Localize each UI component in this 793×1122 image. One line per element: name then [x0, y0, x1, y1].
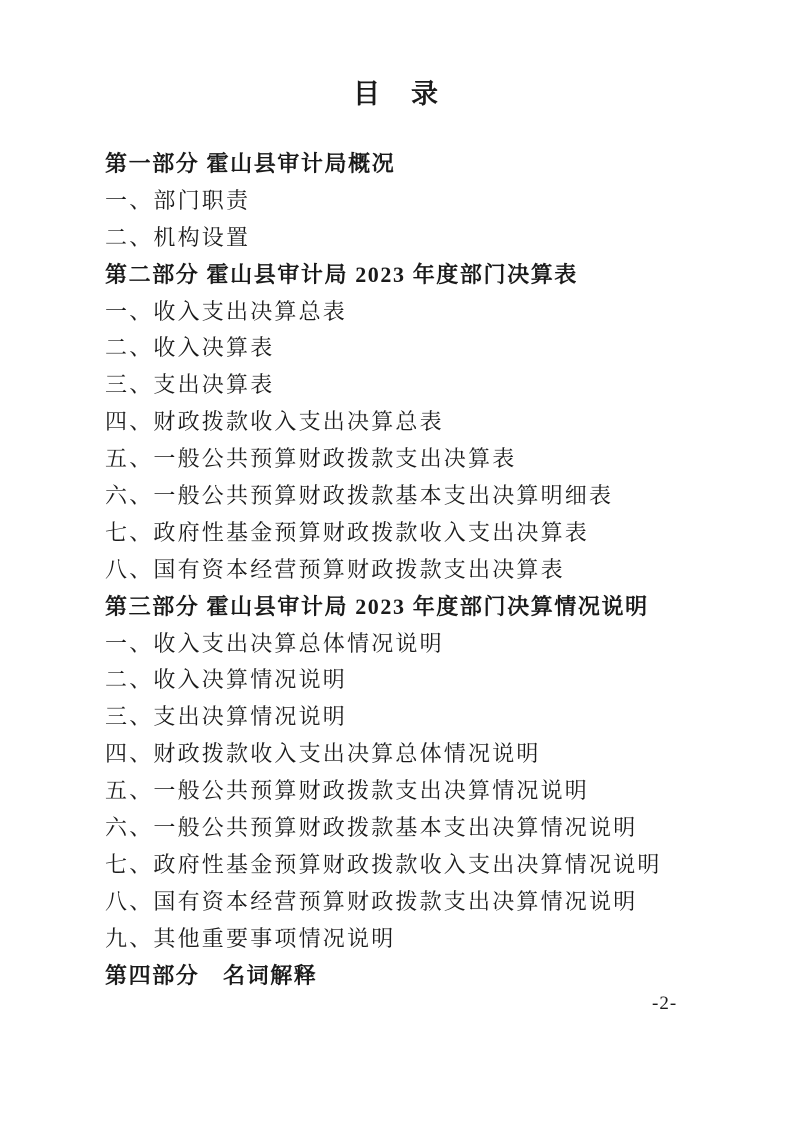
toc-item: 八、国有资本经营预算财政拨款支出决算表 — [105, 552, 745, 589]
toc-section-2-heading: 第二部分 霍山县审计局 2023 年度部门决算表 — [105, 257, 745, 294]
toc-item: 四、财政拨款收入支出决算总体情况说明 — [105, 736, 745, 773]
table-of-contents: 第一部分 霍山县审计局概况 一、部门职责 二、机构设置 第二部分 霍山县审计局 … — [105, 146, 745, 994]
toc-item: 七、政府性基金预算财政拨款收入支出决算情况说明 — [105, 847, 745, 884]
toc-section-1-heading: 第一部分 霍山县审计局概况 — [105, 146, 745, 183]
toc-item: 六、一般公共预算财政拨款基本支出决算明细表 — [105, 478, 745, 515]
toc-item: 二、收入决算情况说明 — [105, 662, 745, 699]
toc-item: 三、支出决算表 — [105, 367, 745, 404]
toc-item: 五、一般公共预算财政拨款支出决算表 — [105, 441, 745, 478]
toc-item: 五、一般公共预算财政拨款支出决算情况说明 — [105, 773, 745, 810]
toc-item: 四、财政拨款收入支出决算总表 — [105, 404, 745, 441]
toc-section-4-heading: 第四部分 名词解释 — [105, 958, 745, 995]
toc-item: 一、部门职责 — [105, 183, 745, 220]
toc-item: 二、机构设置 — [105, 220, 745, 257]
toc-item: 七、政府性基金预算财政拨款收入支出决算表 — [105, 515, 745, 552]
page-number: -2- — [652, 993, 677, 1015]
document-page: 目 录 第一部分 霍山县审计局概况 一、部门职责 二、机构设置 第二部分 霍山县… — [0, 0, 793, 1122]
toc-item: 二、收入决算表 — [105, 330, 745, 367]
toc-item: 六、一般公共预算财政拨款基本支出决算情况说明 — [105, 810, 745, 847]
toc-item: 一、收入支出决算总体情况说明 — [105, 626, 745, 663]
toc-item: 一、收入支出决算总表 — [105, 294, 745, 331]
toc-item: 八、国有资本经营预算财政拨款支出决算情况说明 — [105, 884, 745, 921]
toc-item: 三、支出决算情况说明 — [105, 699, 745, 736]
toc-section-3-heading: 第三部分 霍山县审计局 2023 年度部门决算情况说明 — [105, 589, 745, 626]
document-title: 目 录 — [0, 72, 793, 111]
toc-item: 九、其他重要事项情况说明 — [105, 921, 745, 958]
